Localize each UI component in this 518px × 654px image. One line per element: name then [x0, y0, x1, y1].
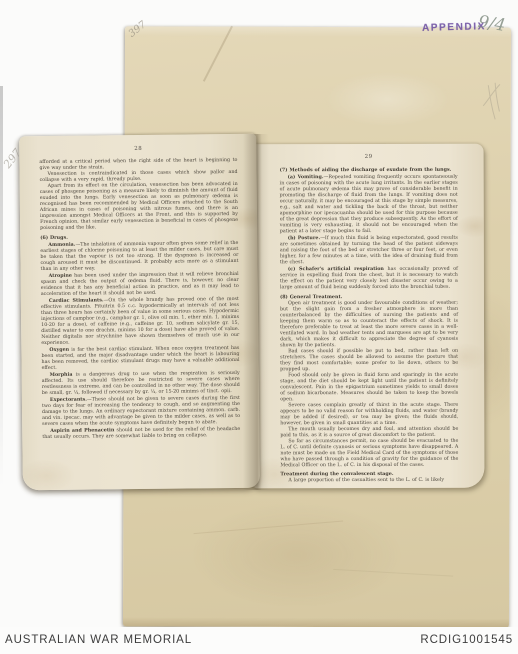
paragraph-text: The mouth usually becomes dry and foul, …	[280, 426, 458, 437]
archive-name: AUSTRALIAN WAR MEMORIAL	[5, 634, 192, 646]
heading-text: (8) General Treatment.	[280, 294, 342, 300]
page-left: 28 afforded at a critical period when th…	[19, 134, 260, 490]
heading-text: (7) Methods of aiding the discharge of e…	[280, 167, 452, 173]
paragraph-lead: Aspirin and Phenacetin	[50, 427, 114, 434]
paragraph-text: afforded at a critical period when the r…	[39, 158, 237, 171]
appendix-stamp-number: 9/4	[477, 12, 507, 36]
paragraph-lead: Atropine	[49, 272, 72, 278]
paragraph: (a) Vomiting.—Repeated vomiting frequent…	[280, 174, 458, 235]
paragraph: Severe cases complain greatly of thirst …	[280, 402, 458, 426]
paragraph-text: Food should only be given in fluid form …	[280, 372, 458, 401]
archive-item-id: RCDIG1001545	[420, 634, 513, 646]
paragraph: Atropine has been used under the impress…	[41, 270, 239, 297]
paragraph: A large proportion of the casualties sen…	[280, 478, 458, 484]
paragraph-text: Severe cases complain greatly of thirst …	[280, 402, 458, 425]
paragraph-text: A large proportion of the casualties sen…	[288, 478, 444, 483]
paragraph-lead: Ammonia.	[48, 241, 75, 247]
paragraph-lead: Oxygen	[49, 346, 69, 352]
paragraph: Oxygen is far the best cardiac stimulant…	[41, 344, 239, 371]
paragraph: Aspirin and Phenacetin should not be use…	[42, 425, 240, 440]
scan-edge	[0, 86, 3, 486]
paragraph: Expectorants.—These should not be given …	[42, 394, 240, 427]
paragraph: (c) Schafer's artificial respiration has…	[280, 266, 458, 291]
paragraph: Ammonia.—The inhalation of ammonia vapou…	[40, 239, 238, 272]
paper-crease	[194, 521, 344, 535]
page-number: 29	[280, 154, 458, 160]
paper-crease	[203, 26, 233, 82]
paragraph-text: —Repeated vomiting frequently occurs spo…	[280, 175, 458, 234]
paragraph-text: Venesection is contraindicated in those …	[40, 170, 238, 183]
page-number: 28	[39, 145, 237, 153]
paragraph-text: Bad cases should if possible be put to b…	[280, 348, 458, 371]
paragraph-lead: (c) Schafer's artificial respiration	[288, 266, 384, 272]
paragraph: Morphia is a dangerous drug to use when …	[42, 369, 240, 396]
paragraph-text: Open air treatment is good under favoura…	[280, 300, 458, 347]
paragraph: Bad cases should if possible be put to b…	[280, 348, 458, 372]
section-heading: Treatment during the convalescent stage.	[280, 471, 458, 477]
paragraph-text: So far as circumstances permit, no case …	[280, 438, 458, 467]
heading-text: Treatment during the convalescent stage.	[280, 471, 393, 477]
paragraph: Apart from its effect on the circulation…	[40, 182, 238, 232]
paragraph: So far as circumstances permit, no case …	[280, 438, 458, 468]
paragraph-text: Apart from its effect on the circulation…	[40, 182, 238, 231]
section-heading: (7) Methods of aiding the discharge of e…	[280, 167, 458, 173]
archive-footer: AUSTRALIAN WAR MEMORIAL RCDIG1001545	[0, 627, 518, 654]
paragraph: Cardiac Stimulants.—On the whole brandy …	[41, 295, 240, 346]
paragraph-lead: Cardiac Stimulants.	[49, 297, 104, 304]
paragraph-text: is far the best cardiac stimulant. When …	[41, 345, 239, 370]
paragraph-lead: (a) Vomiting.	[288, 174, 324, 180]
paragraph-text: —On the whole brandy has proved one of t…	[41, 296, 239, 345]
section-heading: (8) General Treatment.	[280, 293, 458, 299]
paragraph: The mouth usually becomes dry and foul, …	[280, 426, 458, 438]
paragraph: (b) Posture.—If much thin fluid is being…	[280, 235, 458, 266]
paragraph: Open air treatment is good under favoura…	[280, 300, 458, 348]
paragraph-lead: Expectorants.	[50, 396, 87, 402]
paragraph: Food should only be given in fluid form …	[280, 372, 458, 402]
paper-crease	[333, 569, 453, 577]
scanned-document-page: APPENDIX 9/4 397 297 28 afforded at a cr…	[0, 0, 518, 654]
paragraph-lead: (b) Posture.	[288, 235, 320, 241]
page-right: 29 (7) Methods of aiding the discharge o…	[251, 144, 485, 489]
paragraph-lead: Morphia	[50, 371, 73, 377]
heading-text: (6) Drugs.	[40, 234, 68, 240]
